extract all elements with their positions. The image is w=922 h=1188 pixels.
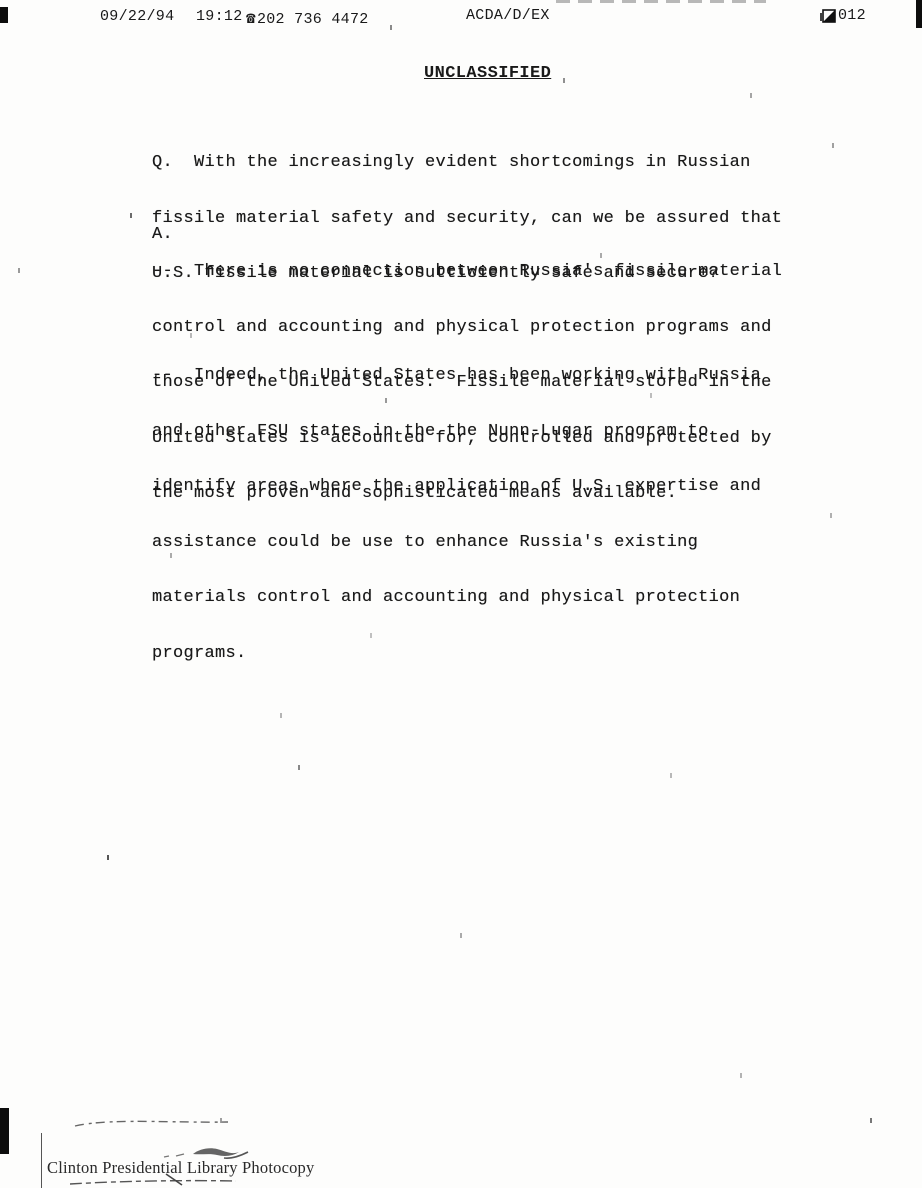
fax-office-code: ACDA/D/EX [466,7,550,24]
document-line: materials control and accounting and phy… [152,589,761,608]
library-photocopy-stamp: Clinton Presidential Library Photocopy [47,1158,314,1178]
document-line: assistance could be use to enhance Russi… [152,534,761,553]
fax-page-indicator: 012 [820,7,866,24]
fax-date: 09/22/94 [100,8,174,25]
document-line: and other FSU states in the the Nunn-Lug… [152,423,761,442]
scan-noise-specks [130,213,132,218]
document-line: Q. With the increasingly evident shortco… [152,154,782,173]
scanned-fax-page: 09/22/94 19:12 ☎202 736 4472 ACDA/D/EX 0… [0,0,922,1188]
fax-page-icon [820,7,837,24]
answer-paragraph-2: -- Indeed, the United States has been wo… [152,330,761,700]
document-line: programs. [152,645,761,664]
fax-time: 19:12 [196,8,243,25]
classification-banner: UNCLASSIFIED [424,64,551,83]
fax-page-number: 012 [838,7,866,24]
fax-phone-number: 202 736 4472 [257,11,369,28]
fax-header: 09/22/94 19:12 ☎202 736 4472 ACDA/D/EX 0… [0,6,922,28]
document-line: -- Indeed, the United States has been wo… [152,367,761,386]
scan-artifact-top-edge-dashes [556,0,766,3]
fax-phone: ☎202 736 4472 [246,8,369,28]
telephone-icon: ☎ [246,10,256,28]
document-line: -- There is no connection between Russia… [152,263,782,282]
document-line: identify areas where the application of … [152,478,761,497]
